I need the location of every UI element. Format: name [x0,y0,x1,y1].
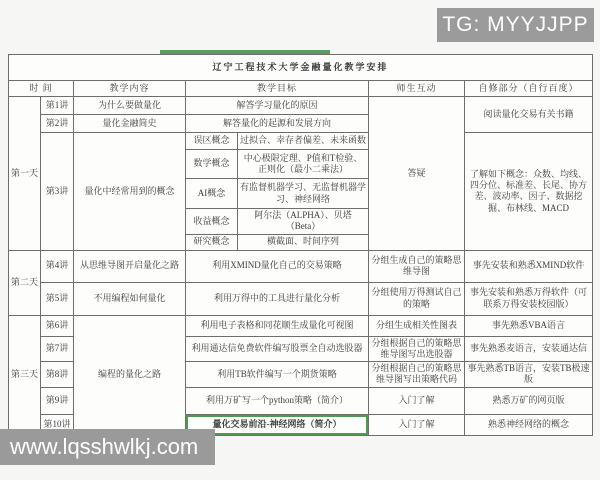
concept-type: AI概念 [186,179,238,209]
concept-type: 误区概念 [186,133,238,150]
day1-selfstudy-lec12: 阅读量化交易有关书籍 [465,97,593,133]
day3-cell: 第三天 [9,315,41,435]
lecture4-goal: 利用XMIND量化自己的交易策略 [186,250,369,282]
lecture8-no: 第8讲 [41,362,74,388]
schedule-table: 辽宁工程技术大学金融量化教学安排 时 间 教学内容 教学目标 师生互动 自修部分… [8,54,593,436]
lecture4-no: 第4讲 [41,250,74,282]
table-row: 时 间 教学内容 教学目标 师生互动 自修部分（自行百度） [9,81,593,97]
lecture5-selfstudy: 事先安装和熟悉万得软件（可联系万得安装校园版） [465,282,593,315]
col-header-content: 教学内容 [74,81,186,97]
lecture6-goal: 利用电子表格和同花顺生成量化可视图 [186,315,369,336]
lecture1-content: 为什么要做量化 [74,97,186,115]
table-row: 第三天 第6讲 编程的量化之路 利用电子表格和同花顺生成量化可视图 分组生成相关… [9,315,593,336]
lecture10-selfstudy: 熟悉神经网络的概念 [465,414,593,435]
lecture3-content: 量化中经常用到的概念 [74,133,186,251]
lecture8-selfstudy: 事先熟悉TB语言，安装TB极速版 [465,362,593,388]
concept-desc: 中心极限定理、P值和T检验、正则化（最小二乘法） [238,150,369,179]
table-row: 第二天 第4讲 从思维导图开启量化之路 利用XMIND量化自己的交易策略 分组生… [9,250,593,282]
lecture1-no: 第1讲 [41,97,74,115]
concept-type: 收益概念 [186,209,238,235]
lecture2-goal: 解答量化的起源和发展方向 [186,115,369,133]
lecture4-selfstudy: 事先安装和熟悉XMIND软件 [465,250,593,282]
table-row: 第5讲 不用编程如何量化 利用万得中的工具进行量化分析 分组使用万得测试自己的策… [9,282,593,315]
lecture6-no: 第6讲 [41,315,74,336]
lecture5-content: 不用编程如何量化 [74,282,186,315]
lecture6-selfstudy: 事先熟悉VBA语言 [465,315,593,336]
telegram-badge: TG: MYYJJPP [437,8,594,42]
lecture5-goal: 利用万得中的工具进行量化分析 [186,282,369,315]
lecture7-interaction: 分组根据自己的策略思维导图写出选股器 [369,336,465,362]
lecture8-interaction: 分组根据自己的策略思维导图写出策略代码 [369,362,465,388]
lecture5-interaction: 分组使用万得测试自己的策略 [369,282,465,315]
lecture7-no: 第7讲 [41,336,74,362]
lecture2-no: 第2讲 [41,115,74,133]
day1-cell: 第一天 [9,97,41,251]
lecture4-content: 从思维导图开启量化之路 [74,250,186,282]
lecture7-goal: 利用通达信免费软件编写股票全自动选股器 [186,336,369,362]
lecture1-goal: 解答学习量化的原因 [186,97,369,115]
lecture4-interaction: 分组生成自己的策略思维导图 [369,250,465,282]
website-watermark: www.lqsshwlkj.com [0,429,215,465]
day1-interaction: 答疑 [369,97,465,251]
lecture10-interaction: 入门了解 [369,414,465,435]
concept-type: 研究概念 [186,234,238,250]
lecture2-content: 量化金融简史 [74,115,186,133]
lecture8-goal: 利用TB软件编写一个期货策略 [186,362,369,388]
lecture6-interaction: 分组生成相关性图表 [369,315,465,336]
day2-cell: 第二天 [9,250,41,315]
concept-type: 数学概念 [186,150,238,179]
concept-desc: 过拟合、幸存者偏差、未来函数 [238,133,369,150]
col-header-interaction: 师生互动 [369,81,465,97]
lecture5-no: 第5讲 [41,282,74,315]
col-header-selfstudy: 自修部分（自行百度） [465,81,593,97]
col-header-time: 时 间 [9,81,74,97]
table-row: 第3讲 量化中经常用到的概念 误区概念 过拟合、幸存者偏差、未来函数 了解如下概… [9,133,593,150]
day3-content: 编程的量化之路 [74,315,186,435]
lecture9-no: 第9讲 [41,387,74,414]
concept-desc: 有监督机器学习、无监督机器学习、神经网络 [238,179,369,209]
lecture7-selfstudy: 事先熟悉麦语言，安装通达信 [465,336,593,362]
table-row: 辽宁工程技术大学金融量化教学安排 [9,55,593,81]
lecture3-no: 第3讲 [41,133,74,251]
concept-desc: 阿尔法（ALPHA）、贝塔（Beta） [238,209,369,235]
day1-selfstudy-lec3: 了解如下概念：众数、均线、四分位、标准差、长尾、协方差、波动率、因子、数据挖掘、… [465,133,593,251]
col-header-goal: 教学目标 [186,81,369,97]
lecture9-goal: 利用万矿写一个python策略（简介） [186,387,369,414]
lecture9-selfstudy: 熟悉万矿的网页版 [465,387,593,414]
table-row: 第一天 第1讲 为什么要做量化 解答学习量化的原因 答疑 阅读量化交易有关书籍 [9,97,593,115]
concept-desc: 横截面、时间序列 [238,234,369,250]
page-title: 辽宁工程技术大学金融量化教学安排 [9,55,593,81]
lecture9-interaction: 入门了解 [369,387,465,414]
